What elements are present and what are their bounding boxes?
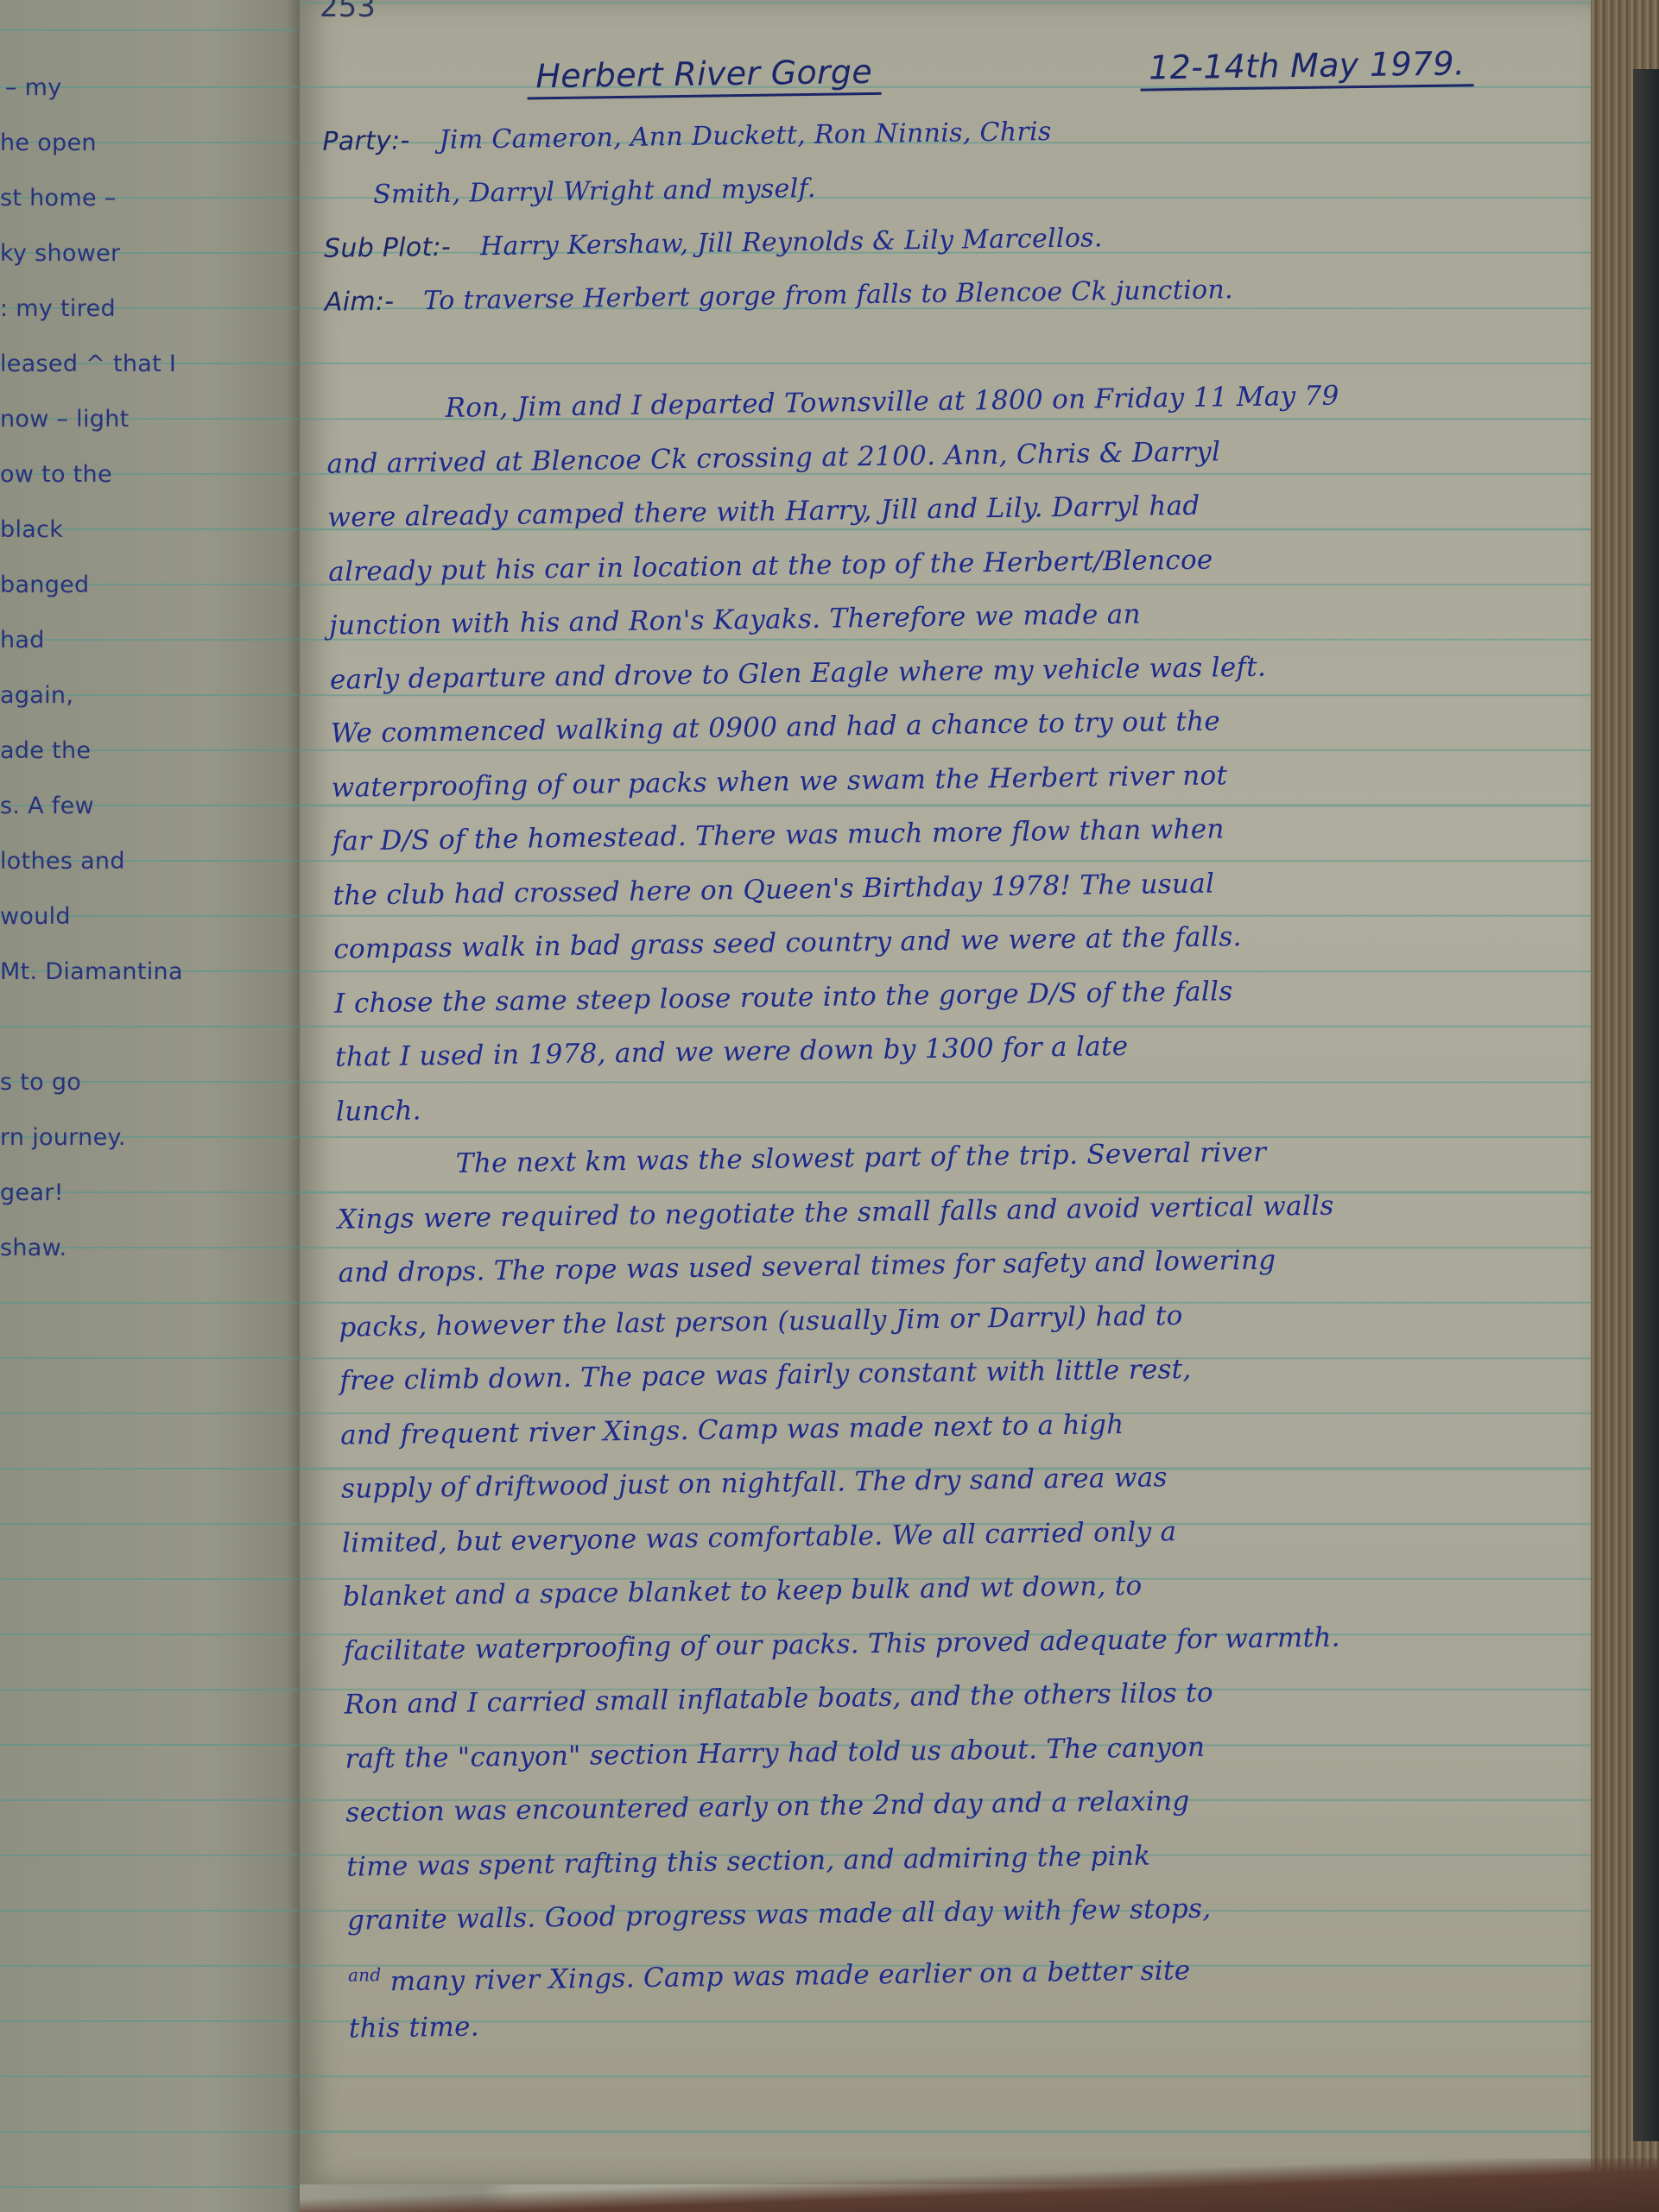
entry-line-text: far D/S of the homestead. There was much…: [332, 813, 1225, 856]
left-page-line: again,: [0, 668, 298, 724]
left-page-line: [0, 1000, 298, 1055]
notebook-spread: – myhe openst home –ky shower: my tiredl…: [0, 0, 1659, 2212]
aim-label: Aim:-: [324, 275, 394, 330]
left-page-line: ow to the: [0, 447, 298, 502]
left-page-line: black: [0, 502, 298, 558]
entry-line-text: I chose the same steep loose route into …: [334, 976, 1233, 1020]
background-surface: [1633, 69, 1659, 2141]
entry-title: Herbert River Gorge: [527, 53, 881, 100]
entry-line-text: blanket and a space blanket to keep bulk…: [343, 1571, 1143, 1613]
entry-line-text: waterproofing of our packs when we swam …: [332, 760, 1228, 803]
inserted-word: and: [348, 1964, 382, 1986]
left-page-line: leased ^ that I: [0, 337, 298, 392]
entry-line-text: and drops. The rope was used several tim…: [338, 1245, 1276, 1289]
bottom-shadow: [300, 2158, 1659, 2212]
left-page-line: rn journey.: [0, 1110, 298, 1166]
subplot-members: Harry Kershaw, Jill Reynolds & Lily Marc…: [480, 223, 1103, 262]
journal-entry: Herbert River Gorge 12-14th May 1979. Pa…: [311, 42, 1608, 2056]
left-page-line: shaw.: [0, 1221, 298, 1276]
entry-line-text: Xings were required to negotiate the sma…: [337, 1190, 1333, 1235]
left-page-line: had: [0, 613, 298, 668]
entry-line-text: limited, but everyone was comfortable. W…: [342, 1516, 1177, 1558]
entry-line-text: The next km was the slowest part of the …: [456, 1137, 1267, 1179]
left-page-line: Mt. Diamantina: [0, 945, 298, 1000]
entry-line-text: granite walls. Good progress was made al…: [347, 1893, 1212, 1937]
party-members-continued: Smith, Darryl Wright and myself.: [373, 174, 816, 210]
left-page-line: gear!: [0, 1166, 298, 1221]
entry-line-text: already put his car in location at the t…: [328, 544, 1213, 587]
entry-line-text: compass walk in bad grass seed country a…: [333, 921, 1242, 965]
entry-line-text: were already camped there with Harry, Ji…: [327, 490, 1200, 534]
page-number: 253: [320, 0, 376, 24]
subplot-label: Sub Plot:-: [324, 221, 452, 276]
entry-line-text: this time.: [349, 2012, 480, 2045]
entry-date: 12-14th May 1979.: [1140, 44, 1474, 91]
left-page-line: lothes and: [0, 834, 298, 889]
party-label: Party:-: [322, 114, 410, 168]
entry-line-text: and frequent river Xings. Camp was made …: [340, 1409, 1124, 1451]
left-page-line: : my tired: [0, 281, 298, 337]
entry-line-text: that I used in 1978, and we were down by…: [335, 1031, 1129, 1073]
left-page: – myhe openst home –ky shower: my tiredl…: [0, 0, 300, 2212]
entry-line-text: facilitate waterproofing of our packs. T…: [343, 1621, 1340, 1666]
party-members: Jim Cameron, Ann Duckett, Ron Ninnis, Ch…: [439, 117, 1052, 155]
entry-line-text: time was spent rafting this section, and…: [346, 1840, 1150, 1882]
entry-line-text: lunch.: [336, 1095, 421, 1127]
page-edges: [1591, 0, 1659, 2212]
left-page-line: would: [0, 889, 298, 945]
left-page-line: he open: [0, 116, 298, 171]
left-page-line: s to go: [0, 1055, 298, 1110]
left-page-line: s. A few: [0, 779, 298, 834]
entry-line-text: the club had crossed here on Queen's Bir…: [332, 868, 1214, 911]
entry-line-text: free climb down. The pace was fairly con…: [339, 1354, 1192, 1397]
left-page-line: – my: [0, 60, 298, 116]
entry-line-text: Ron and I carried small inflatable boats…: [344, 1678, 1213, 1721]
entry-line-text: and arrived at Blencoe Ck crossing at 21…: [326, 436, 1220, 479]
entry-line-text: many river Xings. Camp was made earlier …: [389, 1955, 1190, 1997]
left-page-line: ade the: [0, 724, 298, 779]
entry-line-text: raft the "canyon" section Harry had told…: [345, 1731, 1205, 1774]
left-page-line: st home –: [0, 171, 298, 226]
aim-text: To traverse Herbert gorge from falls to …: [423, 275, 1233, 316]
entry-body: Ron, Jim and I departed Townsville at 18…: [315, 365, 1608, 2056]
entry-line-text: We commenced walking at 0900 and had a c…: [331, 705, 1221, 749]
entry-line-text: section was encountered early on the 2nd…: [345, 1785, 1190, 1829]
entry-line-text: junction with his and Ron's Kayaks. Ther…: [329, 599, 1141, 641]
left-page-line: banged: [0, 558, 298, 613]
entry-line-text: early departure and drove to Glen Eagle …: [330, 651, 1267, 695]
left-page-text: – myhe openst home –ky shower: my tiredl…: [0, 60, 298, 1276]
left-page-line: ky shower: [0, 226, 298, 281]
entry-line-text: supply of driftwood just on nightfall. T…: [341, 1462, 1168, 1504]
left-page-line: now – light: [0, 392, 298, 447]
entry-line-text: Ron, Jim and I departed Townsville at 18…: [445, 380, 1339, 423]
entry-line-text: packs, however the last person (usually …: [339, 1300, 1183, 1343]
